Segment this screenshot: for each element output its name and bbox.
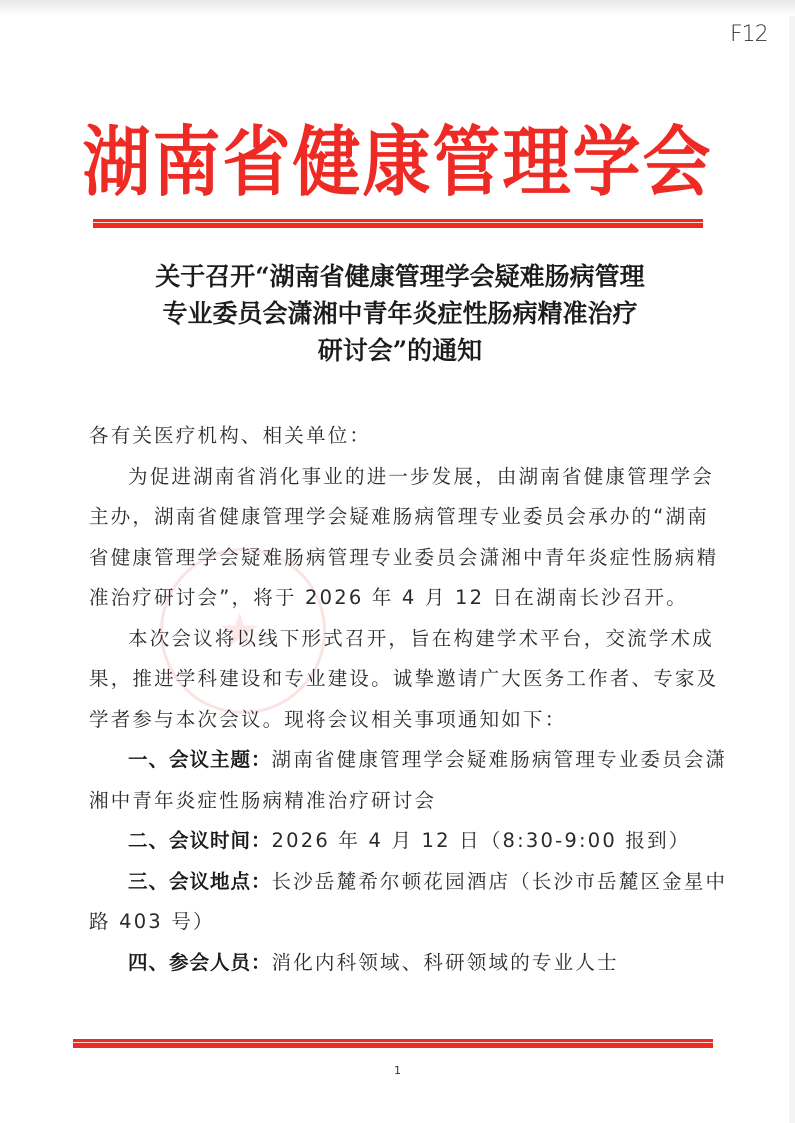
item-location: 三、会议地点：长沙岳麓希尔顿花园酒店（长沙市岳麓区金星中路 403 号） [89,862,729,943]
masthead-divider-rule [93,219,703,228]
salutation: 各有关医疗机构、相关单位： [89,416,729,457]
item-time-value: 2026 年 4 月 12 日（8:30-9:00 报到） [272,829,691,852]
page-number: 1 [0,1064,795,1077]
footer-divider-rule [73,1039,713,1048]
title-line-2: 专业委员会潇湘中青年炎症性肠病精准治疗 [60,295,740,332]
item-location-label: 三、会议地点： [128,870,272,893]
item-attendees: 四、参会人员：消化内科领域、科研领域的专业人士 [89,943,729,984]
item-attendees-value: 消化内科领域、科研领域的专业人士 [272,951,619,974]
title-line-1: 关于召开“湖南省健康管理学会疑难肠病管理 [60,258,740,295]
document-body: 各有关医疗机构、相关单位： 为促进湖南省消化事业的进一步发展，由湖南省健康管理学… [89,416,729,983]
item-attendees-label: 四、参会人员： [128,951,272,974]
item-theme-label: 一、会议主题： [128,748,272,771]
organization-masthead: 湖南省健康管理学会 [0,102,795,211]
item-time-label: 二、会议时间： [128,829,272,852]
item-time: 二、会议时间：2026 年 4 月 12 日（8:30-9:00 报到） [89,821,729,862]
paragraph-purpose: 本次会议将以线下形式召开，旨在构建学术平台，交流学术成果，推进学科建设和专业建设… [89,619,729,741]
scan-edge-top [0,0,795,16]
item-theme: 一、会议主题：湖南省健康管理学会疑难肠病管理专业委员会潇湘中青年炎症性肠病精准治… [89,740,729,821]
title-line-3: 研讨会”的通知 [60,332,740,369]
handwritten-annotation: F12 [730,22,768,47]
paragraph-intro: 为促进湖南省消化事业的进一步发展，由湖南省健康管理学会主办，湖南省健康管理学会疑… [89,457,729,619]
document-title: 关于召开“湖南省健康管理学会疑难肠病管理 专业委员会潇湘中青年炎症性肠病精准治疗… [60,258,740,369]
